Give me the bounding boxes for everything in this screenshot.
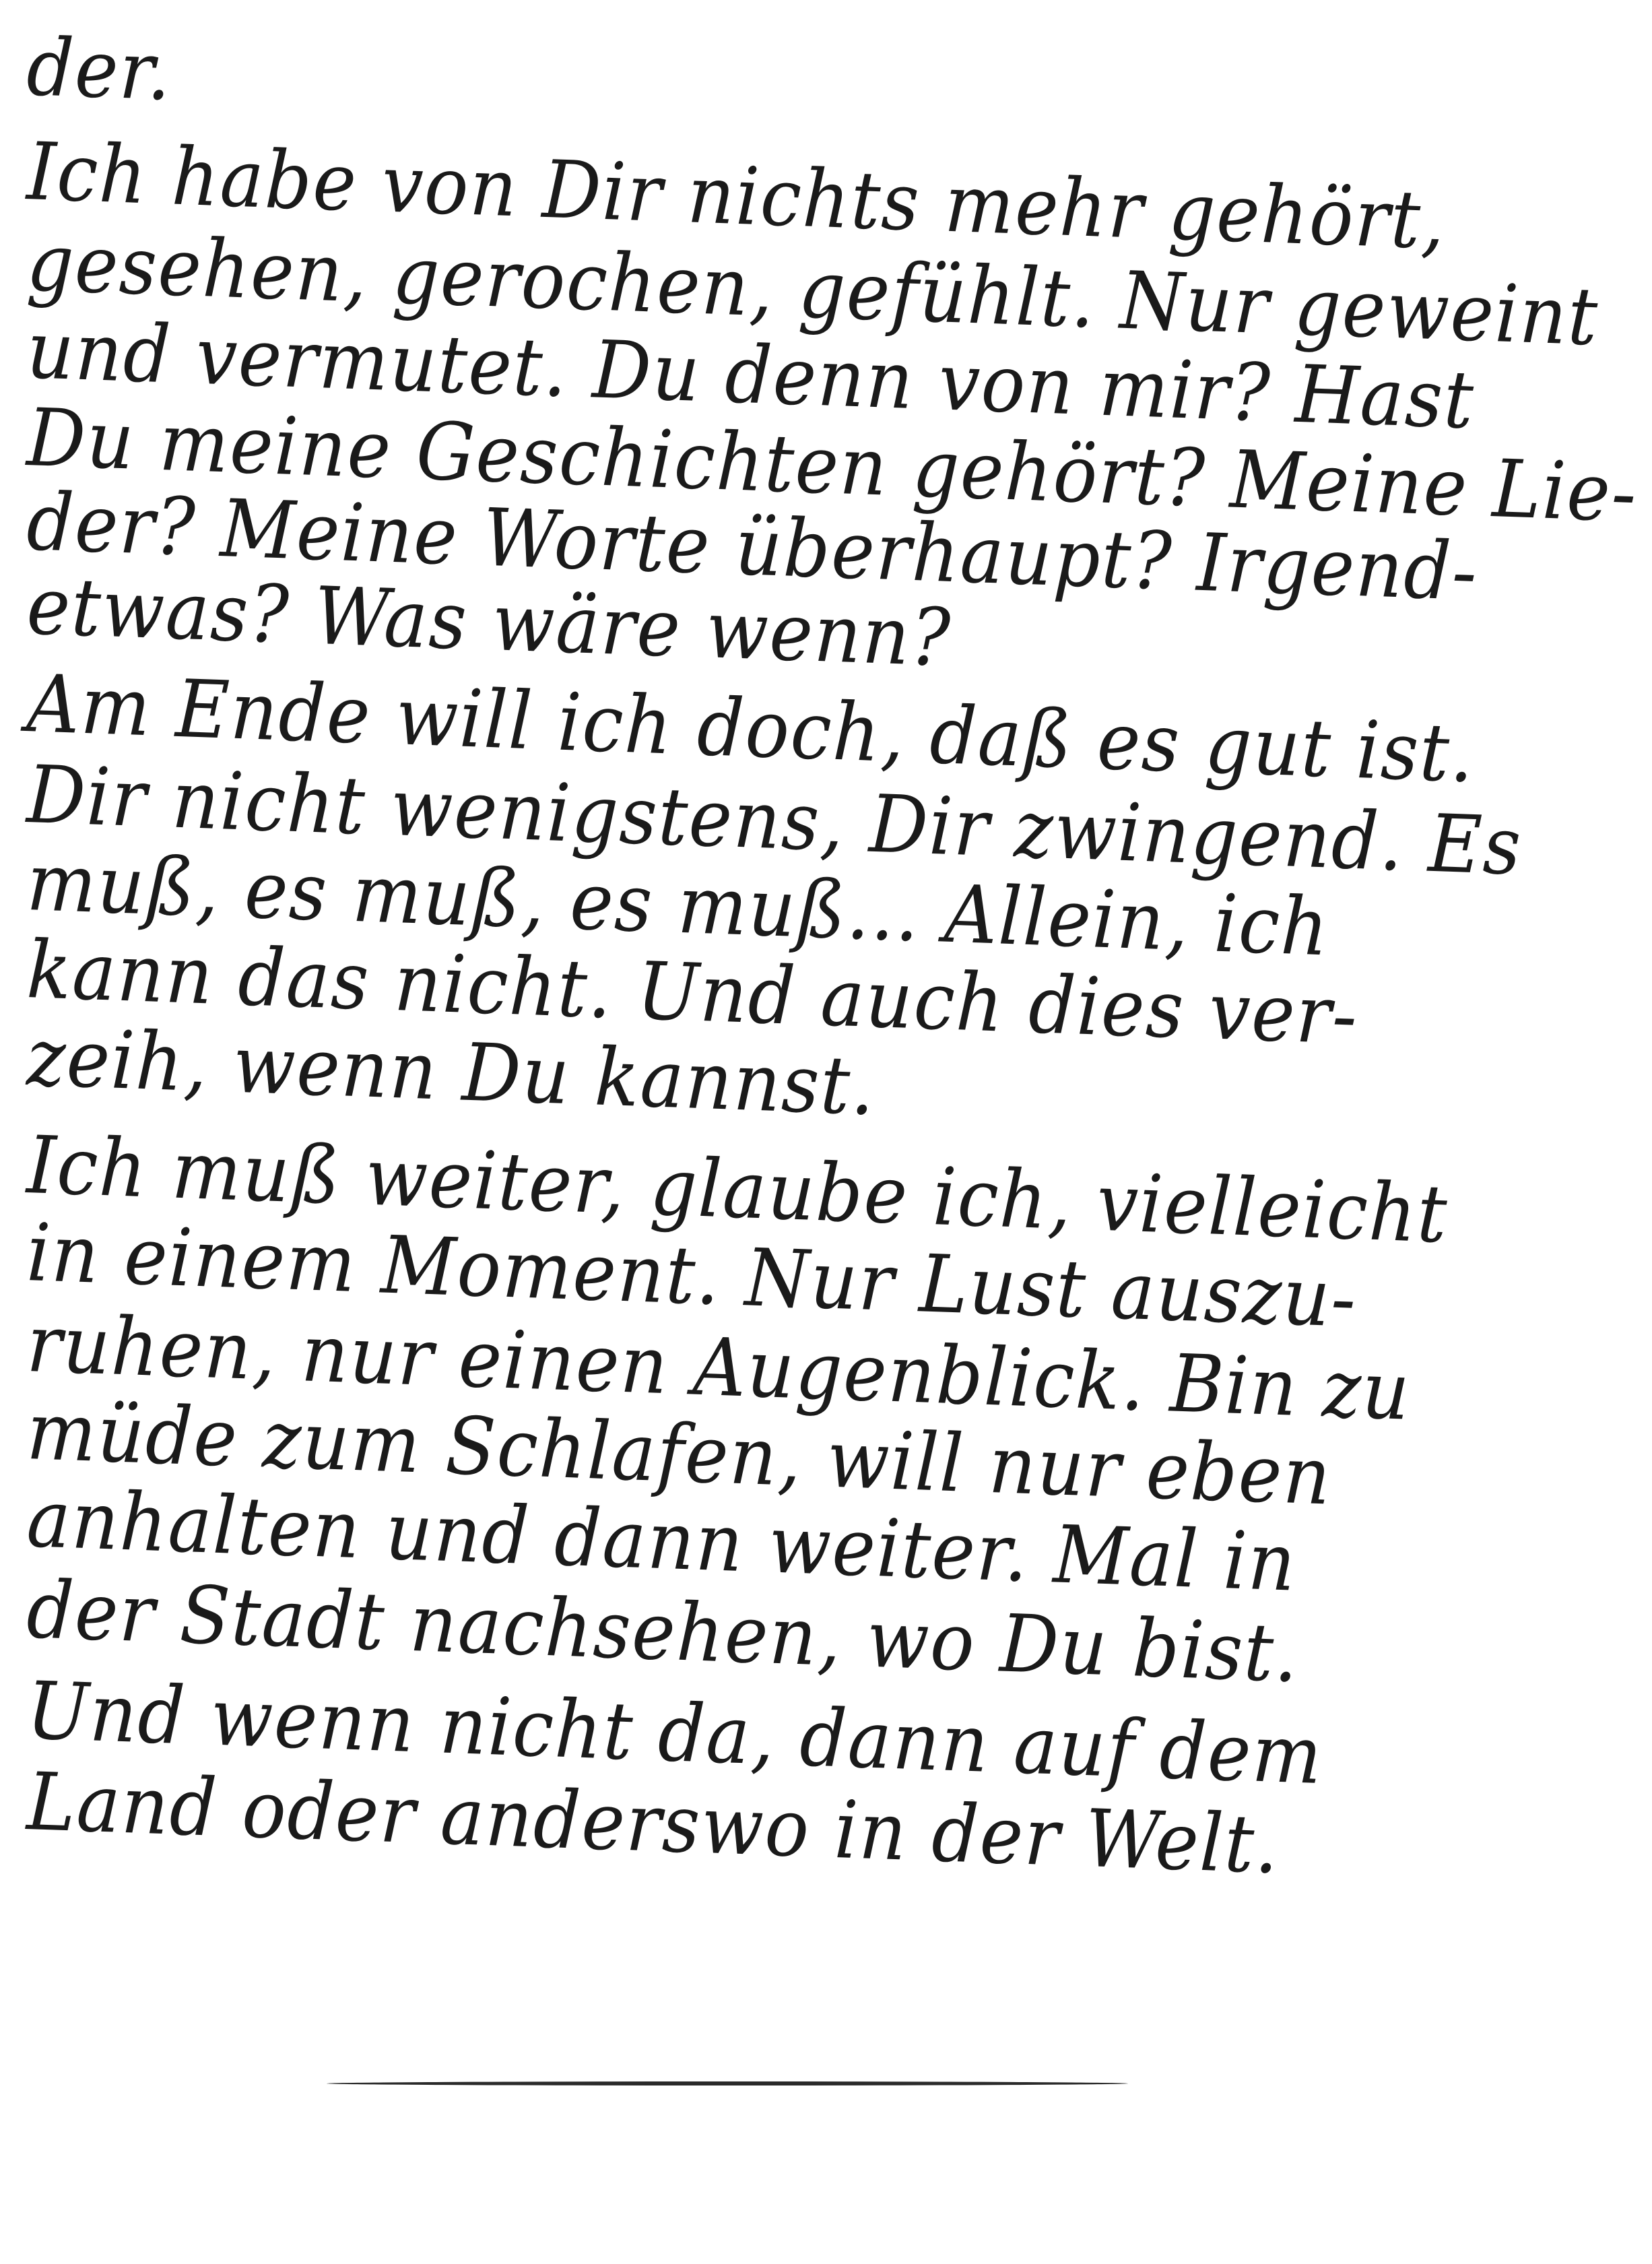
handwritten-page: der. Ich habe von Dir nichts mehr gehört… (0, 0, 1652, 2264)
text-line: der. (26, 27, 174, 111)
closing-divider-line (327, 2081, 1128, 2085)
